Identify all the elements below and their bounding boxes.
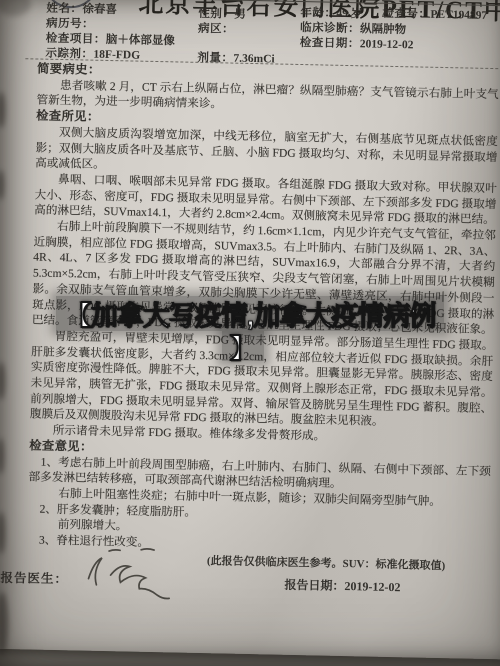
field-exam-date: 检查日期：2019-12-02 — [300, 34, 414, 52]
field-exam-date-label: 检查日期： — [300, 37, 360, 50]
field-sex-label: 性别： — [198, 8, 234, 21]
field-age-label: 年龄： — [300, 7, 336, 20]
report-photo: 北京丰台右安门医院PET/CT中心 姓名：徐春喜 性别：男 年龄：49 岁 检查… — [0, 0, 500, 666]
field-exam-date-value: 2019-12-02 — [360, 38, 414, 51]
field-name-label: 姓名： — [46, 3, 82, 16]
field-exam-no-label: 检查号： — [382, 8, 430, 21]
doctor-signature — [74, 542, 195, 604]
field-ward-label: 病区： — [198, 23, 234, 36]
field-exam-no-value: PET194897 — [430, 9, 487, 22]
field-ward: 病区： — [198, 20, 234, 37]
field-record-no-label: 病历号： — [46, 18, 94, 31]
report-date: 报告日期：2019-12-02 — [284, 576, 400, 595]
report-date-label: 报告日期： — [284, 578, 344, 593]
field-sex-value: 男 — [234, 9, 246, 21]
field-age-value: 49 岁 — [336, 8, 362, 21]
report-date-value: 2019-12-02 — [344, 579, 400, 594]
field-name-value: 徐春喜 — [82, 3, 117, 16]
report-doctor-label: 报告医生： — [0, 568, 68, 587]
watermark-caption-line2: 】 — [222, 331, 264, 361]
field-diagnosis-value: 纵隔肿物 — [360, 23, 406, 36]
